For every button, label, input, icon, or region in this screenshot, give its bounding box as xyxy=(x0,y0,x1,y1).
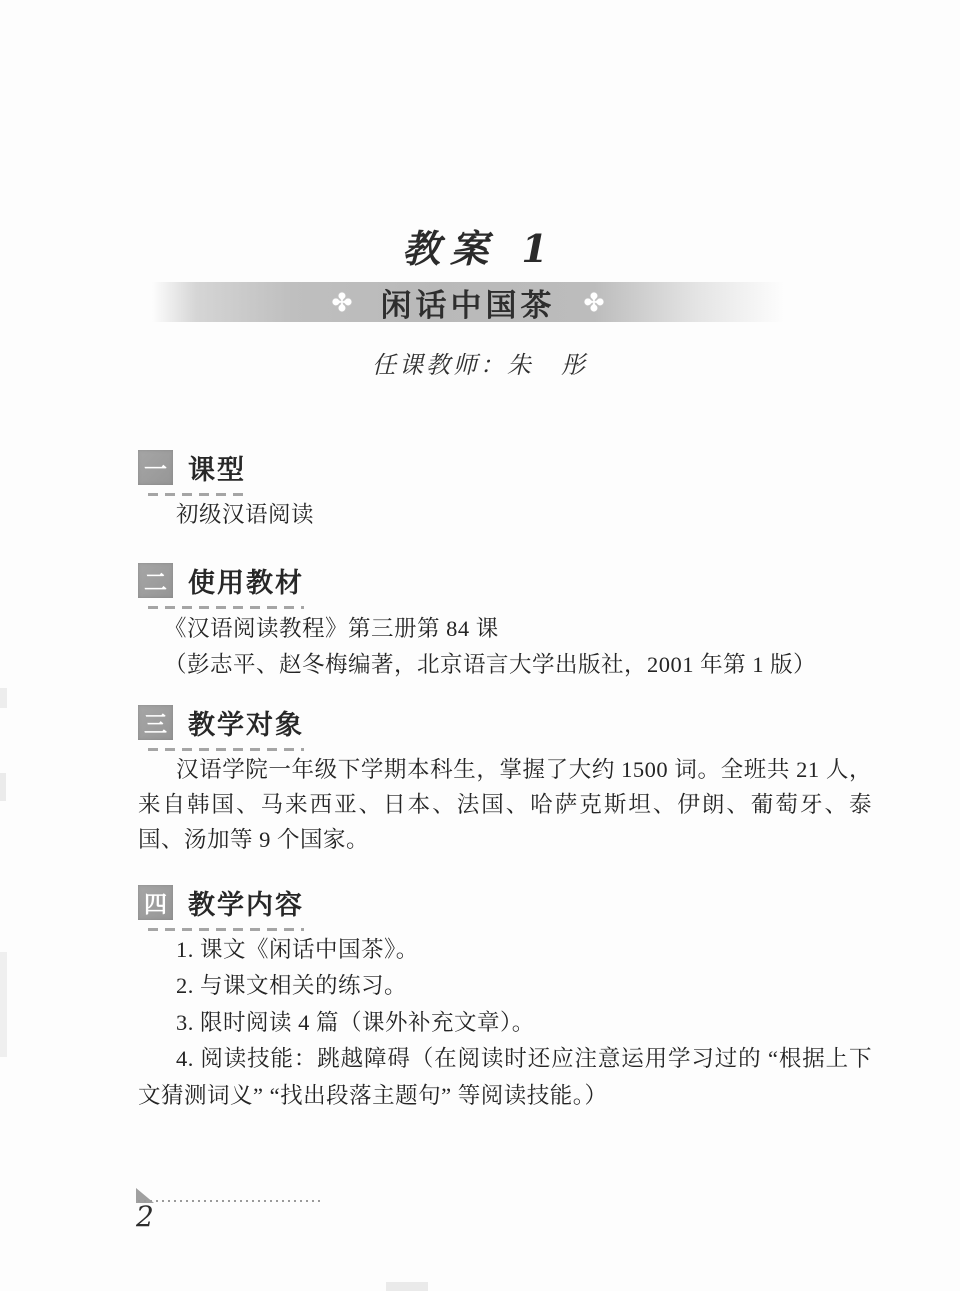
section-3-number-badge: 三 xyxy=(138,705,173,740)
section-1-number-badge: 一 xyxy=(138,450,173,485)
section-3-paragraph: 汉语学院一年级下学期本科生，掌握了大约 1500 词。全班共 21 人，来自韩国… xyxy=(138,752,872,857)
content-item: 2. 与课文相关的练习。 xyxy=(138,968,872,1004)
section-3-header: 三 教学对象 xyxy=(138,703,304,751)
section-2-heading: 使用教材 xyxy=(188,561,304,600)
section-4-items: 1. 课文《闲话中国茶》。 2. 与课文相关的练习。 3. 限时阅读 4 篇（课… xyxy=(138,932,872,1114)
dashed-underline xyxy=(148,748,304,751)
section-2-line: 《汉语阅读教程》第三册第 84 课 xyxy=(164,614,499,644)
page-number: 2 xyxy=(136,1200,154,1233)
scan-artifact xyxy=(386,1282,428,1291)
dashed-underline xyxy=(148,606,304,609)
section-4-heading: 教学内容 xyxy=(188,883,304,922)
content-item: 1. 课文《闲话中国茶》。 xyxy=(138,932,872,968)
section-1-line: 初级汉语阅读 xyxy=(176,500,314,530)
lesson-title: 闲话中国茶 xyxy=(381,280,556,325)
scan-artifact xyxy=(0,773,6,801)
clover-ornament-icon: ✤ xyxy=(332,290,353,315)
section-2-line: （彭志平、赵冬梅编著，北京语言大学出版社，2001 年第 1 版） xyxy=(164,650,816,680)
section-2-header: 二 使用教材 xyxy=(138,561,304,609)
section-4-number-badge: 四 xyxy=(138,885,173,920)
teacher-line: 任课教师：朱 彤 xyxy=(0,345,960,380)
page-title: 教案 1 xyxy=(0,218,960,273)
section-4-header: 四 教学内容 xyxy=(138,883,304,931)
scan-artifact xyxy=(0,688,7,708)
content-item: 4. 阅读技能：跳越障碍（在阅读时还应注意运用学习过的 “根据上下文猜测词义” … xyxy=(138,1041,872,1114)
section-2-number-badge: 二 xyxy=(138,563,173,598)
footer-dotted-line xyxy=(138,1200,321,1202)
clover-ornament-icon: ✤ xyxy=(584,290,605,315)
lesson-title-banner: ✤ 闲话中国茶 ✤ xyxy=(152,282,784,322)
scan-artifact xyxy=(0,952,7,1057)
section-1-header: 一 课型 xyxy=(138,448,246,496)
dashed-underline xyxy=(148,928,304,931)
document-page: 教案 1 ✤ 闲话中国茶 ✤ 任课教师：朱 彤 一 课型 初级汉语阅读 二 使用… xyxy=(0,0,960,1291)
section-1-heading: 课型 xyxy=(188,448,246,487)
section-3-heading: 教学对象 xyxy=(188,703,304,742)
dashed-underline xyxy=(148,493,246,496)
content-item: 3. 限时阅读 4 篇（课外补充文章）。 xyxy=(138,1005,872,1041)
